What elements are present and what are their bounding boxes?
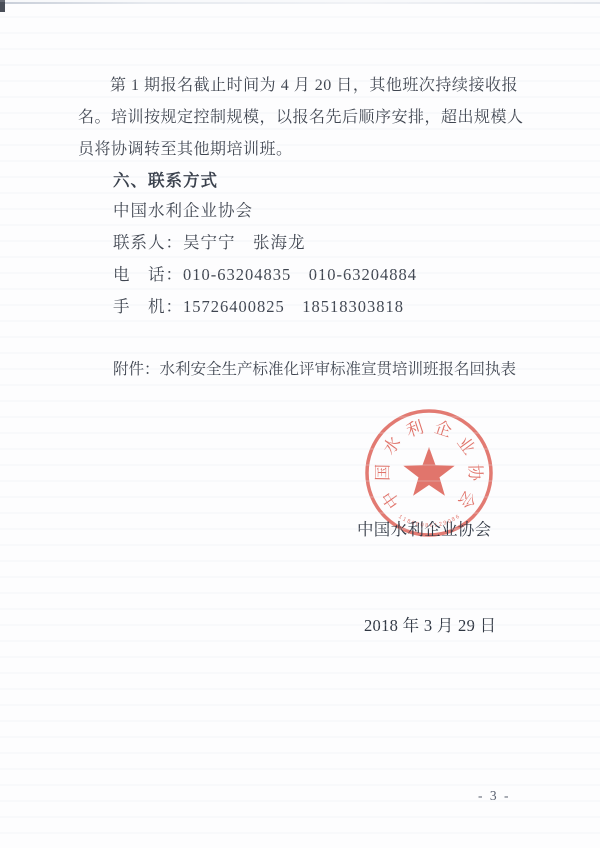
attachment-note: 附件：水利安全生产标准化评审标准宣贯培训班报名回执表 [113, 354, 516, 386]
scan-corner-artifact [0, 0, 5, 12]
section-heading-contact: 六、联系方式 [113, 165, 218, 197]
scanned-document-page: 第 1 期报名截止时间为 4 月 20 日，其他班次持续接收报 名。培训按规定控… [0, 0, 600, 848]
scan-edge-artifact [0, 2, 600, 4]
paragraph-registration-deadline: 第 1 期报名截止时间为 4 月 20 日，其他班次持续接收报 名。培训按规定控… [78, 70, 518, 166]
signature-block: 中国水利企业协会 2018 年 3 月 29 日 [357, 450, 496, 706]
contact-persons: 联系人：吴宁宁 张海龙 [113, 227, 417, 259]
seal-text-char: 利 [404, 418, 426, 441]
page-number: - 3 - [478, 787, 511, 805]
signature-date: 2018 年 3 月 29 日 [357, 610, 496, 642]
paragraph-line: 名。培训按规定控制规模，以报名先后顺序安排，超出规模人 [78, 102, 518, 134]
paragraph-line: 第 1 期报名截止时间为 4 月 20 日，其他班次持续接收报 [78, 70, 518, 102]
contact-org-name: 中国水利企业协会 [113, 195, 417, 227]
seal-text-char: 企 [432, 418, 454, 441]
contact-telephone: 电 话：010-63204835 010-63204884 [113, 259, 417, 291]
contact-mobile: 手 机：15726400825 18518303818 [113, 291, 417, 323]
paragraph-line: 员将协调转至其他期培训班。 [78, 134, 518, 166]
signature-org-name: 中国水利企业协会 [357, 514, 496, 546]
contact-info-block: 中国水利企业协会 联系人：吴宁宁 张海龙 电 话：010-63204835 01… [113, 195, 417, 323]
